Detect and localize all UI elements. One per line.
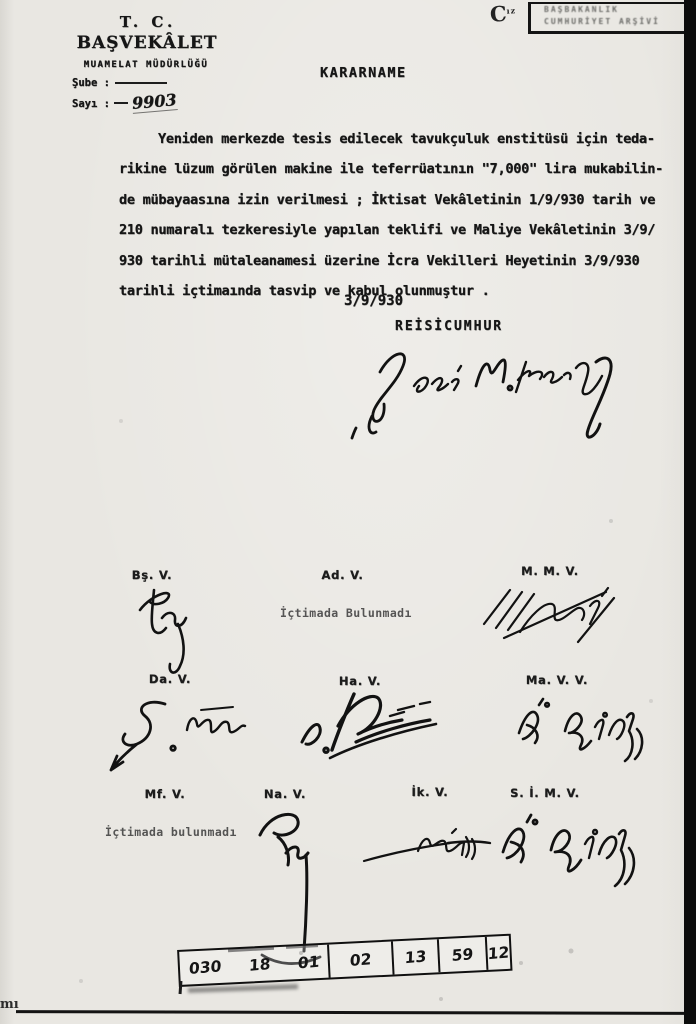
signature-da-v bbox=[103, 688, 248, 783]
archive-stamp-line1: BAŞBAKANLIK bbox=[531, 4, 696, 16]
signature-ha-v bbox=[282, 680, 452, 775]
sube-row: Şube : bbox=[72, 77, 167, 89]
signature-ma-v-v bbox=[497, 685, 657, 775]
minister-label: Bş. V. bbox=[92, 568, 212, 582]
fond-number: 030 bbox=[189, 957, 222, 978]
president-title: REİSİCUMHUR bbox=[395, 319, 503, 334]
body-line: Yeniden merkezde tesis edilecek tavukçul… bbox=[119, 124, 694, 154]
minister-ik-v: İk. V. bbox=[375, 785, 485, 799]
body-line: 930 tarihli mütaleanamesi üzerine İcra V… bbox=[119, 246, 694, 276]
scan-edge-bottom-line bbox=[16, 1010, 686, 1015]
letterhead-tc: T. C. bbox=[88, 13, 208, 31]
minister-label: İk. V. bbox=[375, 785, 485, 799]
fond-number: 12 bbox=[488, 943, 510, 963]
minister-label: S. İ. M. V. bbox=[485, 786, 605, 800]
minister-m-m-v: M. M. V. bbox=[462, 564, 638, 578]
minister-absent-note: İçtimada Bulunmadı bbox=[280, 606, 405, 620]
decree-body: Yeniden merkezde tesis edilecek tavukçul… bbox=[119, 124, 694, 306]
minister-label: Ad. V. bbox=[280, 568, 405, 582]
stamp-pen-tick bbox=[179, 981, 183, 994]
sube-label: Şube : bbox=[72, 77, 110, 89]
signature-ik-v bbox=[360, 819, 495, 874]
fond-group-cell: 030 18 01 bbox=[179, 945, 329, 985]
sayi-value-handwritten: 9903 bbox=[131, 90, 177, 114]
letterhead-office: BAŞVEKÂLET bbox=[52, 33, 242, 53]
scan-edge-right-band bbox=[684, 0, 696, 1024]
minister-ma-v-v: Ma. V. V. bbox=[497, 673, 617, 687]
fond-code-stamp: 030 18 01 02 13 59 12 bbox=[177, 934, 512, 987]
letterhead-bureau: MUAMELAT MÜDÜRLÜĞÜ bbox=[50, 60, 242, 70]
sayi-pen-dash bbox=[114, 102, 128, 104]
minister-label: Na. V. bbox=[230, 787, 340, 801]
fond-cell: 59 bbox=[437, 937, 487, 972]
decree-date: 3/9/930 bbox=[344, 293, 403, 309]
fond-number: 59 bbox=[452, 945, 474, 965]
minister-bs-v: Bş. V. bbox=[92, 568, 212, 582]
minister-na-v: Na. V. bbox=[230, 787, 340, 801]
minister-label: Mf. V. bbox=[105, 787, 225, 801]
signature-m-m-v bbox=[470, 574, 630, 649]
signature-president-gazi-m-kemal bbox=[340, 340, 615, 440]
body-line: tarihli içtimaında tasvip ve kabul olunm… bbox=[119, 276, 694, 306]
minister-label: Da. V. bbox=[115, 672, 225, 686]
sayi-label: Sayı : bbox=[72, 98, 110, 110]
minister-da-v: Da. V. bbox=[115, 672, 225, 686]
minister-ha-v: Ha. V. bbox=[300, 674, 420, 688]
body-line: de mübayaasına izin verilmesi ; İktisat … bbox=[119, 185, 694, 215]
sayi-row: Sayı :9903 bbox=[72, 92, 176, 112]
document-title: KARARNAME bbox=[320, 65, 407, 81]
fond-number: 13 bbox=[404, 947, 426, 967]
minister-absent-note: İçtimada bulunmadı bbox=[105, 825, 225, 839]
body-line: rikine lüzum görülen makine ile teferrüa… bbox=[119, 154, 694, 184]
fond-number: 18 bbox=[248, 955, 270, 975]
sube-blank-line bbox=[115, 82, 167, 84]
fond-cell: 13 bbox=[391, 939, 439, 974]
fond-number: 01 bbox=[297, 952, 319, 972]
body-line: 210 numaralı tezkeresiyle yapılan teklif… bbox=[119, 215, 694, 245]
scanned-decree-document: T. C. BAŞVEKÂLET MUAMELAT MÜDÜRLÜĞÜ Şube… bbox=[0, 0, 696, 1024]
minister-ad-v: Ad. V. İçtimada Bulunmadı bbox=[280, 568, 405, 620]
fond-cell: 02 bbox=[327, 942, 392, 978]
paper-speckles bbox=[0, 0, 2, 2]
archive-stamp-box: BAŞBAKANLIK CUMHURİYET ARŞİVİ bbox=[528, 2, 696, 34]
minister-mf-v: Mf. V. İçtimada bulunmadı bbox=[105, 787, 225, 839]
minister-s-i-m-v: S. İ. M. V. bbox=[485, 786, 605, 800]
signature-bs-v bbox=[130, 584, 210, 679]
archive-c-mark-sub: ız bbox=[506, 5, 516, 16]
archive-stamp-line2: CUMHURİYET ARŞİVİ bbox=[531, 16, 696, 28]
signature-s-i-m-v bbox=[485, 800, 635, 900]
fond-number: 02 bbox=[350, 950, 372, 970]
archive-c-mark: Cız bbox=[489, 0, 517, 27]
fond-cell: 12 bbox=[485, 936, 510, 970]
